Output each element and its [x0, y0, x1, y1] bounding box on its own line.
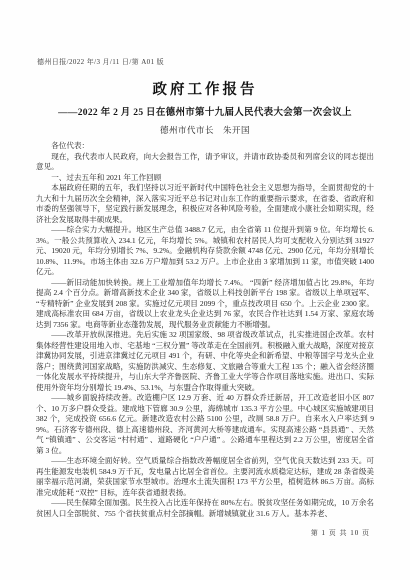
- paragraph-intro: 现在，我代表市人民政府，向大会报告工作，请予审议，并请市政协委员和列席会议的同志…: [36, 152, 374, 173]
- paragraph-overview: 本届政府任期的五年，我们坚持以习近平新时代中国特色社会主义思想为指导，全面贯彻党…: [36, 183, 374, 225]
- paragraph-ecology: ——生态环境全面好转。空气质量综合指数改善幅度居全省前列，空气优良天数达到 23…: [36, 456, 374, 498]
- speaker-line: 德州市代市长 朱开国: [0, 124, 410, 136]
- paragraph-livelihood: ——民生保障全面加强。民生投入占比连年保持在 80%左右。脱贫攻坚任务如期完成，…: [36, 498, 374, 519]
- page-number: 第 1 页 共 10 页: [311, 528, 370, 538]
- document-body: 各位代表： 现在，我代表市人民政府，向大会报告工作，请予审议，并请市政协委员和列…: [36, 141, 374, 519]
- page-title: 政府工作报告: [0, 78, 410, 99]
- paragraph-new-momentum: ——新旧动能加快转换。规上工业增加值年均增长 7.4%。 “四新” 经济增加值占…: [36, 278, 374, 331]
- paragraph-salutation: 各位代表：: [36, 141, 374, 152]
- document-page: 德州日报/2022 年/3 月/11 日/第 A01 版 政府工作报告 ——20…: [0, 0, 410, 580]
- paragraph-section-heading: 一、过去五年和 2021 年工作回顾: [36, 173, 374, 184]
- masthead: 德州日报/2022 年/3 月/11 日/第 A01 版: [37, 57, 164, 67]
- paragraph-reform-opening: ——改革开放纵深推进。先后实施 32 项国家级、98 项省级改革试点，扎实推进国…: [36, 330, 374, 393]
- paragraph-urban-rural: ——城乡面貌持续改善。改造棚户区 12.9 万套、近 40 万群众乔迁新居，开工…: [36, 393, 374, 456]
- subtitle: ——2022 年 2 月 25 日在德州市第十九届人民代表大会第一次会议上: [0, 104, 410, 118]
- paragraph-comprehensive-strength: ——综合实力大幅提升。地区生产总值 3488.7 亿元，由全省第 11 位提升到…: [36, 225, 374, 278]
